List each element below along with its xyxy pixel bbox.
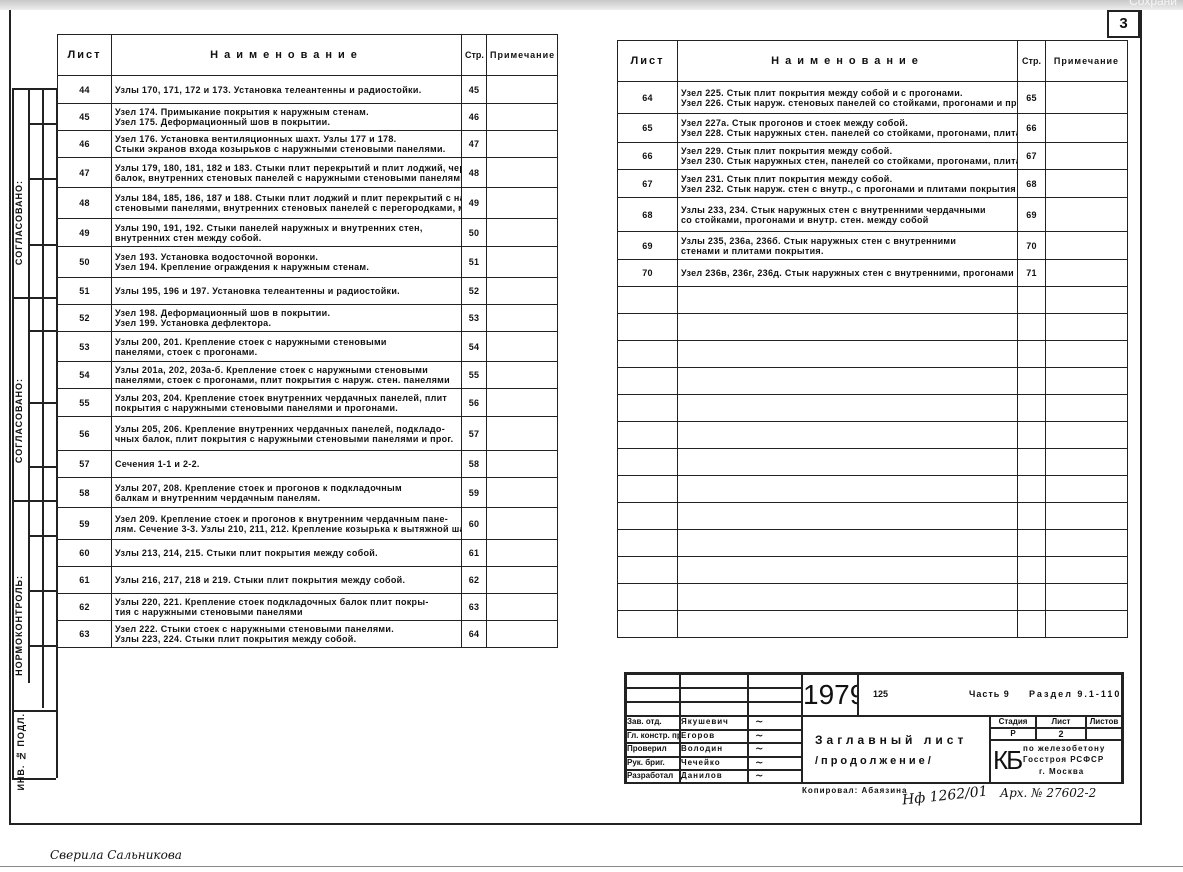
approved-label-1: СОГЛАСОВАНО: xyxy=(14,180,24,265)
copied-by: Копировал: Абаязина xyxy=(802,786,907,795)
sheet-label: Лист xyxy=(1036,716,1086,728)
note-cell xyxy=(487,540,558,567)
approval-row: Проверил Володин ~ xyxy=(626,743,802,757)
empty-cell xyxy=(678,611,1018,638)
role: Проверил xyxy=(626,743,680,757)
name-cell: Узел 227а. Стык прогонов и стоек между с… xyxy=(678,114,1018,143)
page-cell: 54 xyxy=(462,332,487,362)
table-row: 50Узел 193. Установка водосточной воронк… xyxy=(58,247,558,278)
sheet-cell: 70 xyxy=(618,260,678,287)
empty-cell xyxy=(618,368,678,395)
approval-row: Гл. констр. пр. Егоров ~ xyxy=(626,730,802,744)
empty-cell xyxy=(618,395,678,422)
table-row: 63Узел 222. Стыки стоек с наружными стен… xyxy=(58,621,558,648)
empty-cell xyxy=(1018,584,1046,611)
name-cell: Узлы 207, 208. Крепление стоек и прогоно… xyxy=(112,478,462,508)
empty-cell xyxy=(618,341,678,368)
name-line: стеновыми панелями, внутренних стеновых … xyxy=(115,203,458,213)
name-line: балок, внутренних стеновых панелей с нар… xyxy=(115,173,458,183)
empty-cell xyxy=(1018,422,1046,449)
col-name: Наименование xyxy=(112,35,462,76)
save-button[interactable]: Сохрани xyxy=(1123,0,1183,8)
note-cell xyxy=(487,621,558,648)
empty-cell xyxy=(678,395,1018,422)
sheets-label: Листов xyxy=(1086,716,1122,728)
empty-cell xyxy=(1018,449,1046,476)
empty-row xyxy=(618,341,1128,368)
note-cell xyxy=(487,188,558,219)
table-row: 54Узлы 201а, 202, 203а-б. Крепление стое… xyxy=(58,362,558,389)
page-cell: 59 xyxy=(462,478,487,508)
name-cell: Узлы 235, 236а, 236б. Стык наружных стен… xyxy=(678,232,1018,260)
name-line: Узлы 170, 171, 172 и 173. Установка теле… xyxy=(115,85,458,95)
note-cell xyxy=(487,158,558,188)
approval-row: Зав. отд. Якушевич ~ xyxy=(626,716,802,730)
name-line: Узел 225. Стык плит покрытия между собой… xyxy=(681,88,1014,98)
name-line: Узел 229. Стык плит покрытия между собой… xyxy=(681,146,1014,156)
name-line: Узел 222. Стыки стоек с наружными стенов… xyxy=(115,624,458,634)
note-cell xyxy=(487,451,558,478)
empty-row xyxy=(618,530,1128,557)
empty-cell xyxy=(1018,530,1046,557)
name-cell: Узлы 205, 206. Крепление внутренних черд… xyxy=(112,417,462,451)
name-cell: Узлы 179, 180, 181, 182 и 183. Стыки пли… xyxy=(112,158,462,188)
empty-cell xyxy=(678,287,1018,314)
col-page: Стр. xyxy=(462,35,487,76)
table-row: 61Узлы 216, 217, 218 и 219. Стыки плит п… xyxy=(58,567,558,594)
empty-cell xyxy=(1046,584,1128,611)
person-name: Егоров xyxy=(680,730,748,744)
name-line: внутренних стен между собой. xyxy=(115,233,458,243)
empty-cell xyxy=(618,584,678,611)
page-cell: 66 xyxy=(1018,114,1046,143)
norm-control-label: НОРМОКОНТРОЛЬ: xyxy=(14,575,24,676)
empty-cell xyxy=(678,314,1018,341)
empty-cell xyxy=(1046,530,1128,557)
person-name: Якушевич xyxy=(680,716,748,730)
left-contents-table: Лист Наименование Стр. Примечание 44Узлы… xyxy=(57,34,558,648)
table-row: 45Узел 174. Примыкание покрытия к наружн… xyxy=(58,104,558,131)
empty-row xyxy=(618,287,1128,314)
sheet-cell: 66 xyxy=(618,143,678,170)
name-line: Узлы 201а, 202, 203а-б. Крепление стоек … xyxy=(115,365,458,375)
page-cell: 46 xyxy=(462,104,487,131)
table-row: 53Узлы 200, 201. Крепление стоек с наруж… xyxy=(58,332,558,362)
empty-cell xyxy=(1018,503,1046,530)
table-row: 69Узлы 235, 236а, 236б. Стык наружных ст… xyxy=(618,232,1128,260)
name-line: Узел 209. Крепление стоек и прогонов к в… xyxy=(115,514,458,524)
name-line: стенами и плитами покрытия. xyxy=(681,246,1014,256)
sheet-cell: 60 xyxy=(58,540,112,567)
empty-cell xyxy=(1018,314,1046,341)
page-cell: 53 xyxy=(462,305,487,332)
person-name: Чечейко xyxy=(680,757,748,771)
col-note: Примечание xyxy=(1046,41,1128,82)
note-cell xyxy=(1046,143,1128,170)
empty-cell xyxy=(618,611,678,638)
note-cell xyxy=(1046,198,1128,232)
empty-row xyxy=(618,449,1128,476)
name-line: Узлы 235, 236а, 236б. Стык наружных стен… xyxy=(681,236,1014,246)
name-line: со стойками, прогонами и внутр. стен. ме… xyxy=(681,215,1014,225)
page-cell: 57 xyxy=(462,417,487,451)
name-line: Узлы 184, 185, 186, 187 и 188. Стыки пли… xyxy=(115,193,458,203)
page-cell: 50 xyxy=(462,219,487,247)
note-cell xyxy=(487,567,558,594)
table-row: 51Узлы 195, 196 и 197. Установка телеант… xyxy=(58,278,558,305)
sheet-cell: 67 xyxy=(618,170,678,198)
page-cell: 71 xyxy=(1018,260,1046,287)
page-cell: 70 xyxy=(1018,232,1046,260)
person-name: Данилов xyxy=(680,770,748,784)
page-cell: 64 xyxy=(462,621,487,648)
empty-cell xyxy=(618,449,678,476)
page-cell: 48 xyxy=(462,158,487,188)
empty-cell xyxy=(1046,395,1128,422)
empty-row xyxy=(618,557,1128,584)
empty-cell xyxy=(678,503,1018,530)
page-cell: 67 xyxy=(1018,143,1046,170)
name-line: Узел 230. Стык наружных стен, панелей со… xyxy=(681,156,1014,166)
sheet-cell: 65 xyxy=(618,114,678,143)
org-logo: КБ xyxy=(993,745,1021,776)
name-line: Узлы 216, 217, 218 и 219. Стыки плит пок… xyxy=(115,575,458,585)
name-line: Узлы 195, 196 и 197. Установка телеантен… xyxy=(115,286,458,296)
sheet-cell: 50 xyxy=(58,247,112,278)
name-line: Узлы 233, 234. Стык наружных стен с внут… xyxy=(681,205,1014,215)
name-cell: Сечения 1-1 и 2-2. xyxy=(112,451,462,478)
table-row: 65Узел 227а. Стык прогонов и стоек между… xyxy=(618,114,1128,143)
signature: ~ xyxy=(748,716,802,730)
org-line-3: г. Москва xyxy=(1039,767,1084,776)
sheet-cell: 47 xyxy=(58,158,112,188)
year: 1979 xyxy=(802,674,858,716)
table-row: 46Узел 176. Установка вентиляционных шах… xyxy=(58,131,558,158)
name-line: Узел 198. Деформационный шов в покрытии. xyxy=(115,308,458,318)
name-cell: Узел 174. Примыкание покрытия к наружным… xyxy=(112,104,462,131)
empty-cell xyxy=(1018,557,1046,584)
sheets-value xyxy=(1086,728,1122,740)
name-line: Узел 193. Установка водосточной воронки. xyxy=(115,252,458,262)
name-line: Узел 174. Примыкание покрытия к наружным… xyxy=(115,107,458,117)
name-line: чных балок, плит покрытия с наружными ст… xyxy=(115,434,458,444)
empty-cell xyxy=(1046,611,1128,638)
note-cell xyxy=(487,247,558,278)
page-cell: 61 xyxy=(462,540,487,567)
empty-cell xyxy=(1018,395,1046,422)
name-cell: Узел 229. Стык плит покрытия между собой… xyxy=(678,143,1018,170)
name-cell: Узел 236в, 236г, 236д. Стык наружных сте… xyxy=(678,260,1018,287)
name-line: балкам и внутренним чердачным панелям. xyxy=(115,493,458,503)
sheet-cell: 51 xyxy=(58,278,112,305)
table-row: 52Узел 198. Деформационный шов в покрыти… xyxy=(58,305,558,332)
sheet-cell: 58 xyxy=(58,478,112,508)
col-note: Примечание xyxy=(487,35,558,76)
inventory-label: ИНВ. № ПОДЛ. xyxy=(16,713,26,791)
sheet-cell: 49 xyxy=(58,219,112,247)
sheet-cell: 59 xyxy=(58,508,112,540)
role: Разработал xyxy=(626,770,680,784)
signature: ~ xyxy=(748,743,802,757)
empty-cell xyxy=(1046,449,1128,476)
table-row: 60Узлы 213, 214, 215. Стыки плит покрыти… xyxy=(58,540,558,567)
table-row: 62Узлы 220, 221. Крепление стоек подклад… xyxy=(58,594,558,621)
empty-row xyxy=(618,476,1128,503)
name-line: Узлы 205, 206. Крепление внутренних черд… xyxy=(115,424,458,434)
col-name: Наименование xyxy=(678,41,1018,82)
page-cell: 60 xyxy=(462,508,487,540)
name-line: панелями, стоек с прогонами. xyxy=(115,347,458,357)
name-cell: Узел 222. Стыки стоек с наружными стенов… xyxy=(112,621,462,648)
name-line: Узлы 223, 224. Стыки плит покрытия между… xyxy=(115,634,458,644)
empty-cell xyxy=(1018,476,1046,503)
empty-cell xyxy=(1046,314,1128,341)
name-cell: Узлы 201а, 202, 203а-б. Крепление стоек … xyxy=(112,362,462,389)
empty-cell xyxy=(1018,341,1046,368)
empty-cell xyxy=(618,422,678,449)
organization-cell: КБ по железобетону Госстроя РСФСР г. Мос… xyxy=(990,740,1122,784)
empty-cell xyxy=(1046,341,1128,368)
table-row: 49Узлы 190, 191, 192. Стыки панелей нару… xyxy=(58,219,558,247)
empty-cell xyxy=(678,368,1018,395)
name-line: Узел 231. Стык плит покрытия между собой… xyxy=(681,174,1014,184)
sheet-cell: 44 xyxy=(58,76,112,104)
note-cell xyxy=(1046,232,1128,260)
sheet-cell: 69 xyxy=(618,232,678,260)
name-cell: Узлы 184, 185, 186, 187 и 188. Стыки пли… xyxy=(112,188,462,219)
note-cell xyxy=(487,76,558,104)
empty-row xyxy=(618,395,1128,422)
person-name: Володин xyxy=(680,743,748,757)
name-line: Узлы 203, 204. Крепление стоек внутренни… xyxy=(115,393,458,403)
page-bottom-edge xyxy=(0,866,1183,867)
note-cell xyxy=(487,362,558,389)
sheet-number: 3 xyxy=(1107,10,1140,38)
signature: ~ xyxy=(748,757,802,771)
name-cell: Узел 193. Установка водосточной воронки.… xyxy=(112,247,462,278)
sheet-cell: 52 xyxy=(58,305,112,332)
table-row: 44Узлы 170, 171, 172 и 173. Установка те… xyxy=(58,76,558,104)
empty-cell xyxy=(678,449,1018,476)
note-cell xyxy=(487,131,558,158)
sheet-cell: 46 xyxy=(58,131,112,158)
page-cell: 58 xyxy=(462,451,487,478)
table-row: 58Узлы 207, 208. Крепление стоек и прого… xyxy=(58,478,558,508)
sheet-cell: 62 xyxy=(58,594,112,621)
note-cell xyxy=(487,305,558,332)
empty-cell xyxy=(678,422,1018,449)
note-cell xyxy=(1046,260,1128,287)
name-cell: Узел 231. Стык плит покрытия между собой… xyxy=(678,170,1018,198)
signature: ~ xyxy=(748,730,802,744)
viewer-top-bar: Сохрани xyxy=(0,0,1183,10)
sheet-cell: 57 xyxy=(58,451,112,478)
table-row: 68Узлы 233, 234. Стык наружных стен с вн… xyxy=(618,198,1128,232)
sheet-cell: 68 xyxy=(618,198,678,232)
note-cell xyxy=(1046,114,1128,143)
sheet-value: 2 xyxy=(1036,728,1086,740)
empty-row xyxy=(618,314,1128,341)
name-line: Узел 227а. Стык прогонов и стоек между с… xyxy=(681,118,1014,128)
name-cell: Узлы 203, 204. Крепление стоек внутренни… xyxy=(112,389,462,417)
page-cell: 55 xyxy=(462,362,487,389)
name-line: Узлы 200, 201. Крепление стоек с наружны… xyxy=(115,337,458,347)
section: Раздел 9.1-110 xyxy=(1029,689,1121,699)
role: Гл. констр. пр. xyxy=(626,730,680,744)
name-line: Узлы 207, 208. Крепление стоек и прогоно… xyxy=(115,483,458,493)
name-line: лям. Сечение 3-3. Узлы 210, 211, 212. Кр… xyxy=(115,524,458,534)
table-row: 59Узел 209. Крепление стоек и прогонов к… xyxy=(58,508,558,540)
title-block: 1979 125 Часть 9 Раздел 9.1-110 Зав. отд… xyxy=(624,672,1124,784)
page-cell: 65 xyxy=(1018,82,1046,114)
approved-label-2: СОГЛАСОВАНО: xyxy=(14,378,24,463)
empty-cell xyxy=(1018,611,1046,638)
name-cell: Узлы 200, 201. Крепление стоек с наружны… xyxy=(112,332,462,362)
table-row: 48Узлы 184, 185, 186, 187 и 188. Стыки п… xyxy=(58,188,558,219)
note-cell xyxy=(487,219,558,247)
title-cell: Заглавный лист /продолжение/ xyxy=(802,716,990,784)
table-row: 66Узел 229. Стык плит покрытия между соб… xyxy=(618,143,1128,170)
name-cell: Узлы 195, 196 и 197. Установка телеантен… xyxy=(112,278,462,305)
name-cell: Узлы 233, 234. Стык наружных стен с внут… xyxy=(678,198,1018,232)
drawing-title: Заглавный лист xyxy=(815,733,967,747)
page-cell: 49 xyxy=(462,188,487,219)
name-line: Узел 199. Установка дефлектора. xyxy=(115,318,458,328)
name-cell: Узел 209. Крепление стоек и прогонов к в… xyxy=(112,508,462,540)
empty-cell xyxy=(618,503,678,530)
name-cell: Узлы 170, 171, 172 и 173. Установка теле… xyxy=(112,76,462,104)
approval-row: Разработал Данилов ~ xyxy=(626,770,802,784)
note-cell xyxy=(487,332,558,362)
empty-cell xyxy=(618,476,678,503)
page-cell: 47 xyxy=(462,131,487,158)
part: Часть 9 xyxy=(969,689,1010,699)
name-line: тия с наружными стеновыми панелями xyxy=(115,607,458,617)
empty-cell xyxy=(1018,368,1046,395)
sheet-cell: 63 xyxy=(58,621,112,648)
verified-by: Сверила Сальникова xyxy=(50,848,182,862)
table-row: 47Узлы 179, 180, 181, 182 и 183. Стыки п… xyxy=(58,158,558,188)
empty-cell xyxy=(1046,422,1128,449)
name-line: Узлы 220, 221. Крепление стоек подкладоч… xyxy=(115,597,458,607)
sheet-cell: 55 xyxy=(58,389,112,417)
name-line: Узлы 179, 180, 181, 182 и 183. Стыки пли… xyxy=(115,163,458,173)
empty-cell xyxy=(678,530,1018,557)
name-line: Узел 236в, 236г, 236д. Стык наружных сте… xyxy=(681,268,1014,278)
sheet-cell: 56 xyxy=(58,417,112,451)
name-line: покрытия с наружными стеновыми панелями … xyxy=(115,403,458,413)
empty-cell xyxy=(1018,287,1046,314)
name-line: Узел 175. Деформационный шов в покрытии. xyxy=(115,117,458,127)
empty-row xyxy=(618,584,1128,611)
name-cell: Узел 198. Деформационный шов в покрытии.… xyxy=(112,305,462,332)
name-cell: Узел 176. Установка вентиляционных шахт.… xyxy=(112,131,462,158)
sheet-cell: 54 xyxy=(58,362,112,389)
note-cell xyxy=(1046,82,1128,114)
note-cell xyxy=(487,594,558,621)
table-header-row: Лист Наименование Стр. Примечание xyxy=(618,41,1128,82)
table-row: 56Узлы 205, 206. Крепление внутренних че… xyxy=(58,417,558,451)
empty-row xyxy=(618,503,1128,530)
table-header-row: Лист Наименование Стр. Примечание xyxy=(58,35,558,76)
note-cell xyxy=(487,508,558,540)
empty-cell xyxy=(678,341,1018,368)
archive-number: Арх. № 27602-2 xyxy=(1000,786,1096,800)
page-cell: 62 xyxy=(462,567,487,594)
page-cell: 52 xyxy=(462,278,487,305)
sheet-cell: 61 xyxy=(58,567,112,594)
table-row: 70Узел 236в, 236г, 236д. Стык наружных с… xyxy=(618,260,1128,287)
name-line: Узел 194. Крепление ограждения к наружны… xyxy=(115,262,458,272)
empty-cell xyxy=(678,476,1018,503)
name-cell: Узел 225. Стык плит покрытия между собой… xyxy=(678,82,1018,114)
empty-row xyxy=(618,611,1128,638)
empty-cell xyxy=(1046,287,1128,314)
empty-cell xyxy=(1046,557,1128,584)
table-row: 64Узел 225. Стык плит покрытия между соб… xyxy=(618,82,1128,114)
org-line-2: Госстроя РСФСР xyxy=(1023,755,1104,764)
page-cell: 45 xyxy=(462,76,487,104)
page-cell: 69 xyxy=(1018,198,1046,232)
col-sheet: Лист xyxy=(58,35,112,76)
empty-cell xyxy=(618,557,678,584)
col-sheet: Лист xyxy=(618,41,678,82)
approval-row: Рук. бриг. Чечейко ~ xyxy=(626,757,802,771)
empty-row xyxy=(618,422,1128,449)
series-cell: 125 Часть 9 Раздел 9.1-110 xyxy=(858,674,1122,716)
page-cell: 63 xyxy=(462,594,487,621)
name-line: Узел 176. Установка вентиляционных шахт.… xyxy=(115,134,458,144)
sheet-cell: 45 xyxy=(58,104,112,131)
page-cell: 51 xyxy=(462,247,487,278)
page-cell: 56 xyxy=(462,389,487,417)
table-row: 55Узлы 203, 204. Крепление стоек внутрен… xyxy=(58,389,558,417)
stage-value: Р xyxy=(990,728,1036,740)
signature: ~ xyxy=(748,770,802,784)
name-line: Узлы 190, 191, 192. Стыки панелей наружн… xyxy=(115,223,458,233)
name-line: Стыки экранов входа козырьков с наружным… xyxy=(115,144,458,154)
table-row: 67Узел 231. Стык плит покрытия между соб… xyxy=(618,170,1128,198)
sheet-cell: 53 xyxy=(58,332,112,362)
note-cell xyxy=(1046,170,1128,198)
name-cell: Узлы 190, 191, 192. Стыки панелей наружн… xyxy=(112,219,462,247)
empty-row xyxy=(618,368,1128,395)
name-cell: Узлы 216, 217, 218 и 219. Стыки плит пок… xyxy=(112,567,462,594)
sheet-cell: 48 xyxy=(58,188,112,219)
name-line: Узел 232. Стык наруж. стен с внутр., с п… xyxy=(681,184,1014,194)
name-line: Узел 228. Стык наружных стен. панелей со… xyxy=(681,128,1014,138)
name-line: Узлы 213, 214, 215. Стыки плит покрытия … xyxy=(115,548,458,558)
empty-cell xyxy=(678,557,1018,584)
stage-label: Стадия xyxy=(990,716,1036,728)
empty-cell xyxy=(1046,368,1128,395)
name-line: панелями, стоек с прогонами, плит покрыт… xyxy=(115,375,458,385)
empty-cell xyxy=(618,314,678,341)
note-cell xyxy=(487,417,558,451)
drawing-subtitle: /продолжение/ xyxy=(815,755,934,767)
note-cell xyxy=(487,389,558,417)
role: Зав. отд. xyxy=(626,716,680,730)
name-line: Сечения 1-1 и 2-2. xyxy=(115,459,458,469)
col-page: Стр. xyxy=(1018,41,1046,82)
sheet-cell: 64 xyxy=(618,82,678,114)
note-cell xyxy=(487,104,558,131)
empty-cell xyxy=(1046,503,1128,530)
name-cell: Узлы 213, 214, 215. Стыки плит покрытия … xyxy=(112,540,462,567)
note-cell xyxy=(487,478,558,508)
empty-cell xyxy=(618,530,678,557)
series: 125 xyxy=(873,689,888,699)
